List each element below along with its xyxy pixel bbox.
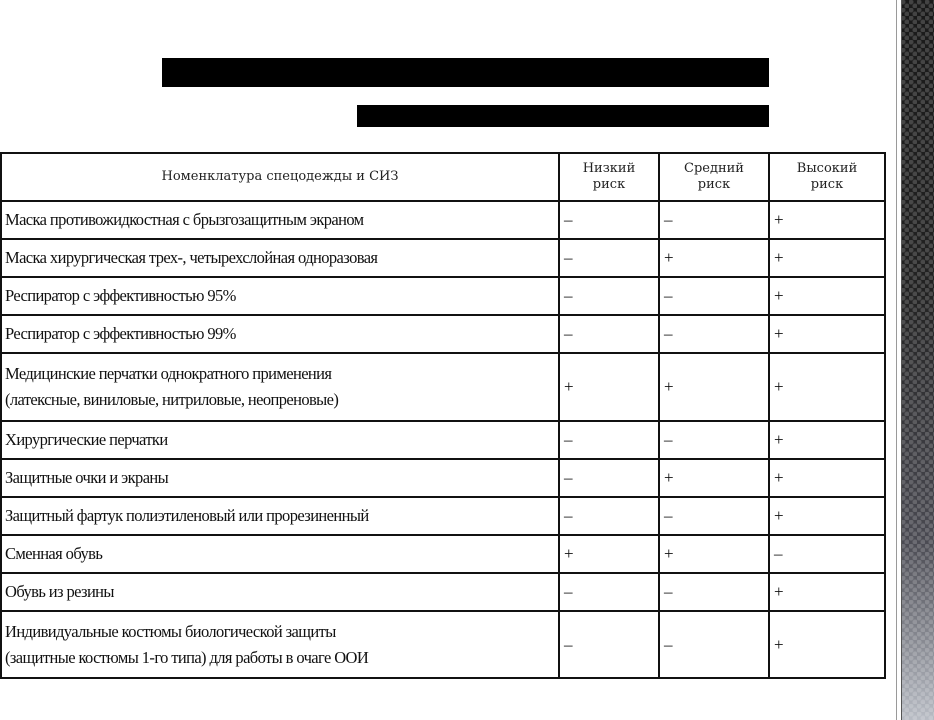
high-risk-cell: + — [769, 353, 885, 421]
medium-risk-cell: – — [659, 421, 769, 459]
high-risk-cell: + — [769, 611, 885, 678]
item-name-cell: Маска противожидкостная с брызгозащитным… — [1, 201, 559, 239]
medium-risk-cell: + — [659, 459, 769, 497]
table-row: Защитные очки и экраны–++ — [1, 459, 885, 497]
low-risk-cell: – — [559, 277, 659, 315]
table-row: Сменная обувь++– — [1, 535, 885, 573]
high-risk-cell: – — [769, 535, 885, 573]
header-high-risk: Высокий риск — [769, 153, 885, 201]
item-name-cell: Обувь из резины — [1, 573, 559, 611]
header-low-risk: Низкий риск — [559, 153, 659, 201]
ppe-table: Номенклатура спецодежды и СИЗ Низкий рис… — [0, 152, 886, 679]
low-risk-cell: – — [559, 611, 659, 678]
item-name-cell: Медицинские перчатки однократного примен… — [1, 353, 559, 421]
high-risk-cell: + — [769, 239, 885, 277]
low-risk-cell: – — [559, 497, 659, 535]
high-risk-cell: + — [769, 277, 885, 315]
low-risk-cell: – — [559, 201, 659, 239]
table-row: Респиратор с эффективностью 95%––+ — [1, 277, 885, 315]
item-name-cell: Сменная обувь — [1, 535, 559, 573]
medium-risk-cell: – — [659, 497, 769, 535]
low-risk-cell: – — [559, 239, 659, 277]
item-name-cell: Индивидуальные костюмы биологической защ… — [1, 611, 559, 678]
redacted-title — [162, 58, 769, 87]
medium-risk-cell: – — [659, 573, 769, 611]
table-row: Обувь из резины––+ — [1, 573, 885, 611]
table-row: Хирургические перчатки––+ — [1, 421, 885, 459]
item-name-cell: Маска хирургическая трех-, четырехслойна… — [1, 239, 559, 277]
high-risk-cell: + — [769, 459, 885, 497]
table-header-row: Номенклатура спецодежды и СИЗ Низкий рис… — [1, 153, 885, 201]
medium-risk-cell: + — [659, 239, 769, 277]
low-risk-cell: + — [559, 535, 659, 573]
redacted-subtitle — [357, 105, 769, 127]
high-risk-cell: + — [769, 573, 885, 611]
low-risk-cell: – — [559, 421, 659, 459]
medium-risk-cell: – — [659, 315, 769, 353]
table-row: Индивидуальные костюмы биологической защ… — [1, 611, 885, 678]
low-risk-cell: – — [559, 459, 659, 497]
table-row: Медицинские перчатки однократного примен… — [1, 353, 885, 421]
header-medium-risk: Средний риск — [659, 153, 769, 201]
item-name-cell: Респиратор с эффективностью 95% — [1, 277, 559, 315]
sidebar-edge — [901, 0, 902, 720]
medium-risk-cell: – — [659, 611, 769, 678]
low-risk-cell: + — [559, 353, 659, 421]
high-risk-cell: + — [769, 421, 885, 459]
table-row: Защитный фартук полиэтиленовый или проре… — [1, 497, 885, 535]
decorative-carbon-sidebar — [901, 0, 934, 720]
high-risk-cell: + — [769, 497, 885, 535]
table-row: Маска хирургическая трех-, четырехслойна… — [1, 239, 885, 277]
table-row: Респиратор с эффективностью 99%––+ — [1, 315, 885, 353]
high-risk-cell: + — [769, 315, 885, 353]
medium-risk-cell: – — [659, 277, 769, 315]
slide-divider-line — [896, 0, 897, 720]
item-name-cell: Защитный фартук полиэтиленовый или проре… — [1, 497, 559, 535]
item-name-cell: Респиратор с эффективностью 99% — [1, 315, 559, 353]
header-nomenclature: Номенклатура спецодежды и СИЗ — [1, 153, 559, 201]
item-name-cell: Защитные очки и экраны — [1, 459, 559, 497]
item-name-cell: Хирургические перчатки — [1, 421, 559, 459]
low-risk-cell: – — [559, 573, 659, 611]
medium-risk-cell: + — [659, 535, 769, 573]
medium-risk-cell: – — [659, 201, 769, 239]
table-row: Маска противожидкостная с брызгозащитным… — [1, 201, 885, 239]
high-risk-cell: + — [769, 201, 885, 239]
medium-risk-cell: + — [659, 353, 769, 421]
low-risk-cell: – — [559, 315, 659, 353]
